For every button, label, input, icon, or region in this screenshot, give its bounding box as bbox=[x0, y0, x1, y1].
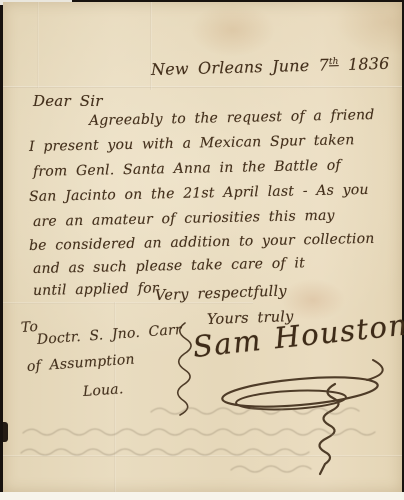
body-line: be considered an addition to your collec… bbox=[29, 231, 375, 254]
edge-dark-mark bbox=[3, 422, 8, 442]
address-place: of Assumption bbox=[26, 351, 135, 374]
dateline-year: 1836 bbox=[338, 54, 389, 74]
body-line: Agreeably to the request of a friend bbox=[89, 107, 375, 129]
address-recipient: Doctr. S. Jno. Carr bbox=[36, 322, 182, 348]
salutation: Dear Sir bbox=[33, 92, 103, 110]
closing-respectfully: Very respectfully bbox=[155, 283, 287, 304]
dateline-text: New Orleans June 7 bbox=[151, 55, 330, 79]
signature-paraph-zigzag bbox=[319, 384, 338, 474]
fold-crease-vertical-left bbox=[37, 2, 39, 88]
fold-crease-horizontal-bottom bbox=[3, 455, 402, 457]
signature-flourish-loop bbox=[221, 372, 379, 411]
body-line: from Genl. Santa Anna in the Battle of bbox=[33, 158, 341, 180]
dateline-superscript: th bbox=[329, 57, 339, 67]
body-line: and as such please take care of it bbox=[33, 255, 305, 277]
body-line: are an amateur of curiosities this may bbox=[33, 208, 335, 230]
fold-crease-horizontal-middle bbox=[3, 302, 253, 304]
address-state: Loua. bbox=[82, 381, 124, 400]
body-line: until applied for bbox=[33, 280, 159, 299]
signature-tail bbox=[367, 360, 383, 380]
letter-photo: New Orleans June 7th 1836 Dear Sir Agree… bbox=[0, 0, 404, 500]
fold-crease-horizontal-top bbox=[3, 86, 402, 88]
body-line: San Jacinto on the 21st April last - As … bbox=[29, 182, 369, 205]
scanner-edge-strip bbox=[0, 492, 404, 500]
dateline: New Orleans June 7th 1836 bbox=[151, 54, 390, 79]
signature-flourish-loop bbox=[236, 388, 347, 412]
body-line: I present you with a Mexican Spur taken bbox=[29, 132, 355, 155]
letter-paper: New Orleans June 7th 1836 Dear Sir Agree… bbox=[3, 2, 402, 492]
